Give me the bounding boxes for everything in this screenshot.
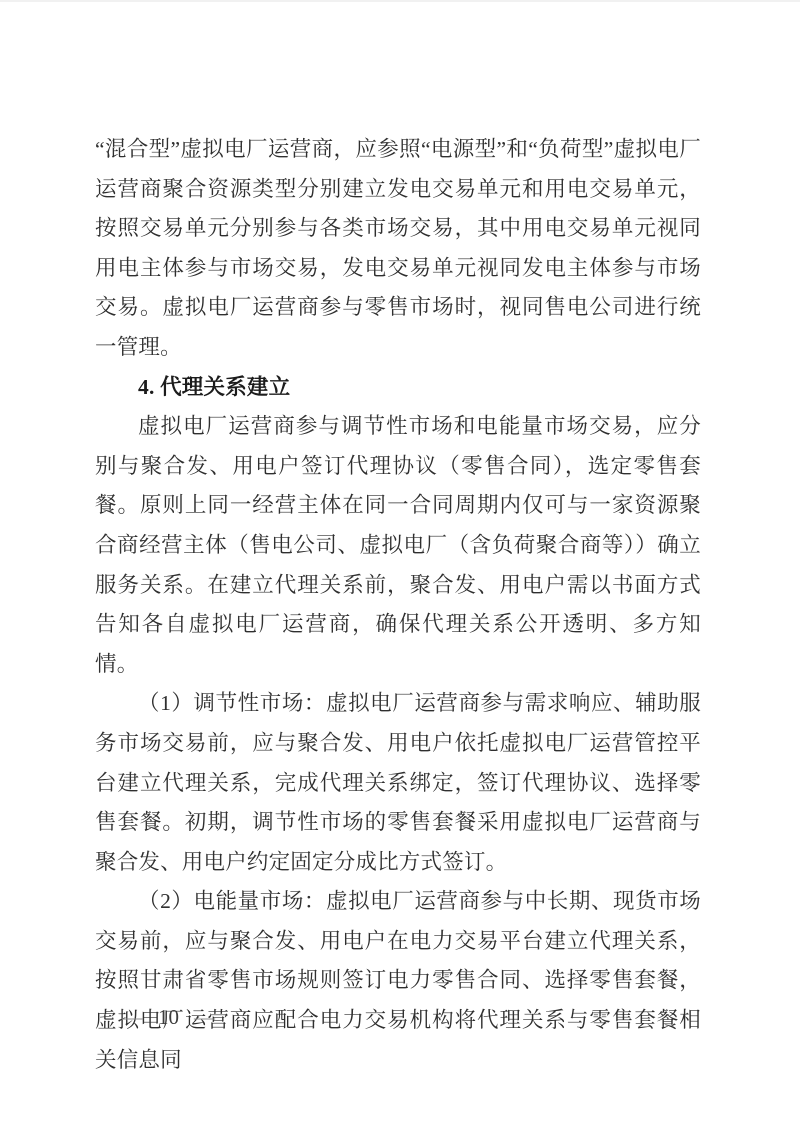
- page-number: 10: [158, 1003, 179, 1031]
- paragraph-item-2-energy-market: （2）电能量市场：虚拟电厂运营商参与中长期、现货市场交易前，应与聚合发、用电户在…: [95, 882, 701, 1080]
- paragraph-continuation: “混合型”虚拟电厂运营商，应参照“电源型”和“负荷型”虚拟电厂运营商聚合资源类型…: [95, 130, 701, 368]
- section-heading: 4. 代理关系建立: [95, 368, 701, 408]
- page-footer: — 10 —: [122, 1003, 215, 1031]
- scan-edge-artifact: [0, 0, 800, 2]
- footer-dash-left: —: [122, 1003, 143, 1031]
- footer-dash-right: —: [194, 1003, 215, 1031]
- paragraph-agency-relationship: 虚拟电厂运营商参与调节性市场和电能量市场交易，应分别与聚合发、用电户签订代理协议…: [95, 407, 701, 684]
- paragraph-item-1-regulation-market: （1）调节性市场：虚拟电厂运营商参与需求响应、辅助服务市场交易前，应与聚合发、用…: [95, 684, 701, 882]
- document-body: “混合型”虚拟电厂运营商，应参照“电源型”和“负荷型”虚拟电厂运营商聚合资源类型…: [95, 130, 701, 1080]
- document-page: “混合型”虚拟电厂运营商，应参照“电源型”和“负荷型”虚拟电厂运营商聚合资源类型…: [0, 0, 800, 1131]
